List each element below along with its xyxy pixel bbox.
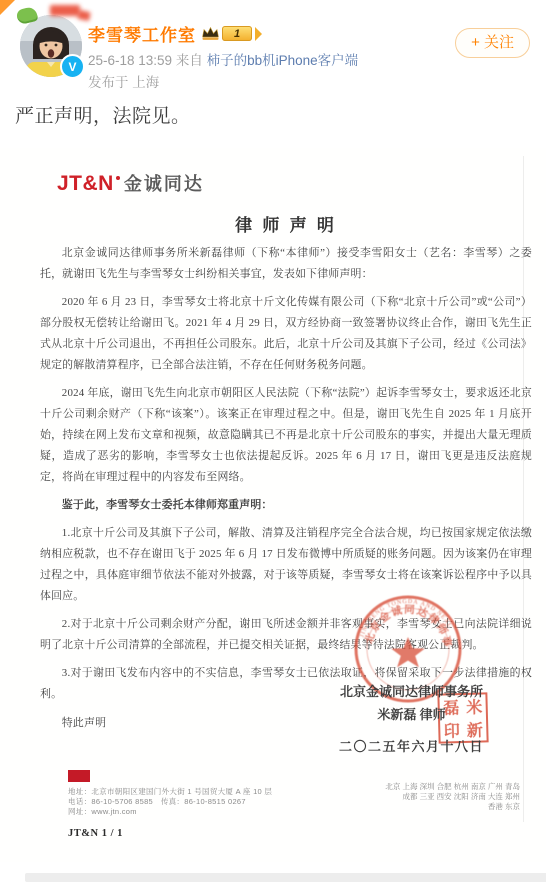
statement-item-1: 1.北京十斤公司及其旗下子公司，解散、清算及注销程序完全合法合规，均已按国家规定…: [40, 523, 532, 607]
post-header: V 李雪琴工作室 1 25-6-18 13:59 来自 柿子的bb机iPhone…: [0, 0, 546, 96]
signature-firm: 北京金诚同达律师事务所: [339, 680, 484, 703]
signature-date: 二〇二五年六月十八日: [339, 735, 484, 758]
vip-badge-tail-icon: [255, 27, 262, 41]
statement-title: 律 师 声 明: [40, 211, 532, 236]
statement-item-2: 2.对于北京十斤公司剩余财产分配，谢田飞所述金额并非客观事实，李雪琴女士已向法院…: [40, 614, 532, 656]
vip-badge[interactable]: 1: [201, 26, 262, 41]
office-line: 成都 三亚 西安 沈阳 济南 大连 郑州: [385, 792, 520, 802]
crown-icon: [201, 26, 220, 41]
avatar-pendant-text-blur: [50, 5, 80, 16]
post-location: 发布于 上海: [88, 71, 159, 91]
statement-paragraph: 北京金诚同达律师事务所米新磊律师（下称“本律师”）接受李雪阳女士（艺名：李雪琴）…: [40, 243, 532, 285]
source-prefix: 来自: [176, 53, 203, 68]
statement-image[interactable]: JT&N 金诚同达 律 师 声 明 北京金诚同达律师事务所米新磊律师（下称“本律…: [0, 148, 546, 862]
firm-logo: JT&N 金诚同达: [57, 168, 532, 196]
post-content-text: 严正声明，法院见。: [15, 101, 191, 128]
office-line: 香港 东京: [385, 802, 520, 812]
vip-level-badge: 1: [222, 26, 252, 41]
source-link[interactable]: 柿子的bb机iPhone客户端: [207, 53, 359, 68]
statement-heading: 鉴于此，李雪琴女士委托本律师郑重声明：: [40, 495, 532, 516]
footer-red-mark-icon: [68, 770, 90, 782]
firm-logo-en: JT&N: [57, 172, 114, 196]
author-name[interactable]: 李雪琴工作室: [88, 21, 196, 46]
firm-logo-cn: 金诚同达: [124, 172, 204, 196]
letterhead-footer: 地址：北京市朝阳区建国门外大街 1 号国贸大厦 A 座 10 层 电话：86-1…: [68, 770, 272, 839]
avatar-pendant-text-blur: [77, 10, 91, 21]
post-meta: 25-6-18 13:59 来自 柿子的bb机iPhone客户端: [88, 49, 358, 69]
statement-paragraph: 2024 年底，谢田飞先生向北京市朝阳区人民法院（下称“法院”）起诉李雪琴女士，…: [40, 383, 532, 488]
footer-phone-fax: 电话：86-10-5706 8585 传真：86-10-8515 0267: [68, 797, 272, 807]
footer-address: 地址：北京市朝阳区建国门外大街 1 号国贸大厦 A 座 10 层: [68, 787, 272, 797]
page-number: JT&N 1 / 1: [68, 828, 272, 839]
firm-logo-dot-icon: [116, 176, 120, 180]
signature-block: 北京金诚同达律师事务所 米新磊 律师 二〇二五年六月十八日: [339, 680, 484, 758]
next-card-divider: [25, 873, 546, 882]
signature-lawyer: 米新磊 律师: [339, 703, 484, 726]
verified-badge-icon: V: [60, 54, 85, 79]
statement-paragraph: 2020 年 6 月 23 日，李雪琴女士将北京十斤文化传媒有限公司（下称“北京…: [40, 292, 532, 376]
footer-website: 网址：www.jtn.com: [68, 807, 272, 817]
post-timestamp: 25-6-18 13:59: [88, 53, 172, 68]
follow-button[interactable]: + 关注: [455, 28, 530, 58]
avatar[interactable]: V: [20, 15, 82, 77]
office-line: 北京 上海 深圳 合肥 杭州 南京 广州 青岛: [385, 782, 520, 792]
footer-office-list: 北京 上海 深圳 合肥 杭州 南京 广州 青岛 成都 三亚 西安 沈阳 济南 大…: [385, 782, 520, 812]
